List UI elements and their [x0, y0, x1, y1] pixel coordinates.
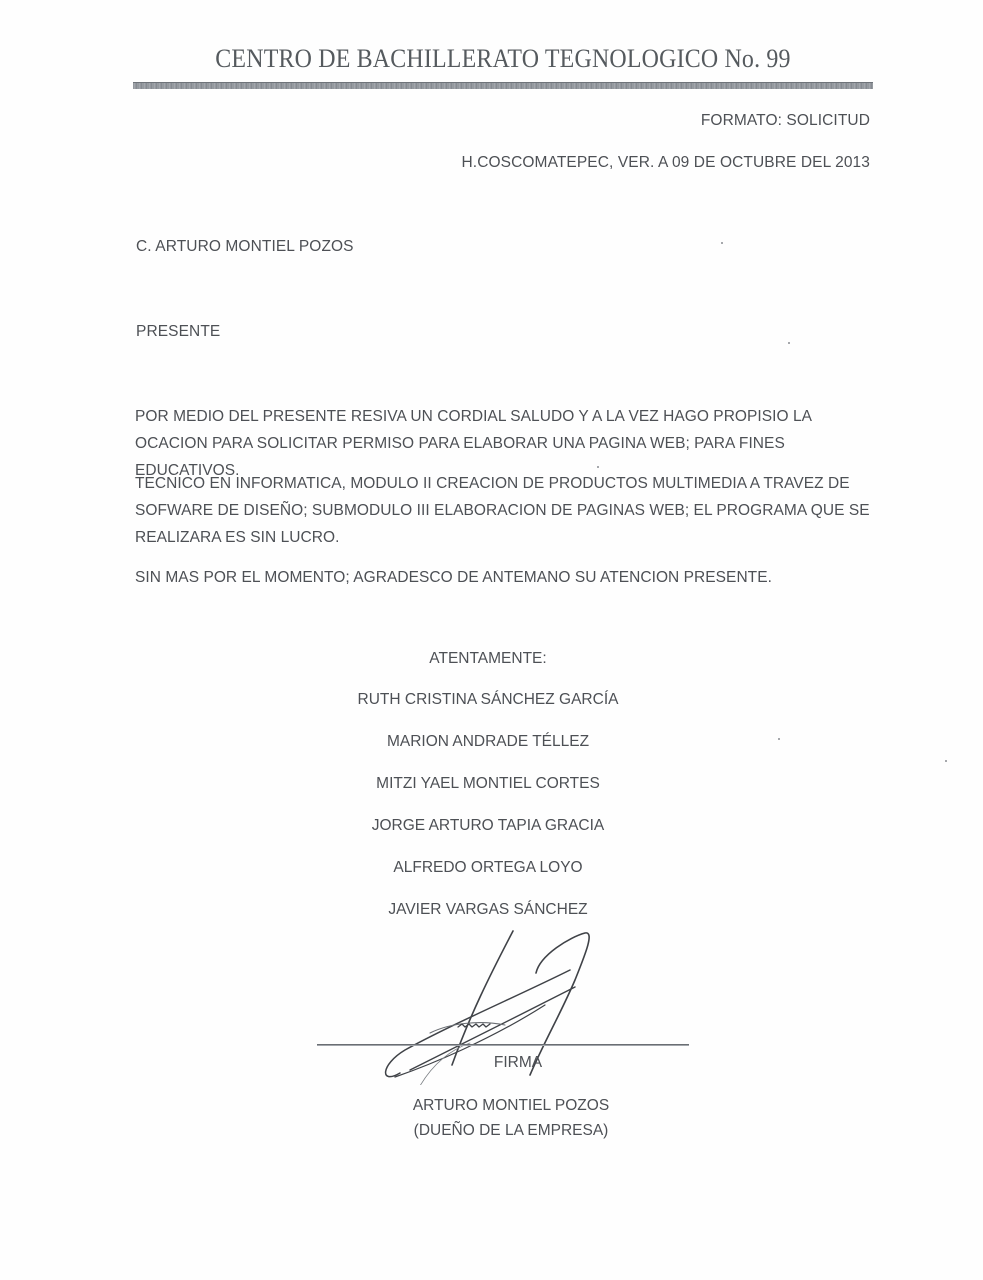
signer-name: JORGE ARTURO TAPIA GRACIA	[308, 817, 668, 835]
scan-speck	[597, 466, 599, 468]
closing-label: ATENTAMENTE:	[308, 650, 668, 668]
signer-name: RUTH CRISTINA SÁNCHEZ GARCÍA	[308, 691, 668, 709]
signature-line	[317, 1044, 689, 1046]
signer-name: JAVIER VARGAS SÁNCHEZ	[308, 901, 668, 919]
recipient-greeting: PRESENTE	[136, 323, 220, 341]
signatory-name: ARTURO MONTIEL POZOS	[331, 1097, 691, 1115]
recipient-name: C. ARTURO MONTIEL POZOS	[136, 238, 354, 256]
format-label: FORMATO: SOLICITUD	[701, 112, 870, 130]
signer-name: MITZI YAEL MONTIEL CORTES	[308, 775, 668, 793]
signature-label: FIRMA	[338, 1054, 698, 1072]
place-date: H.COSCOMATEPEC, VER. A 09 DE OCTUBRE DEL…	[462, 154, 870, 172]
signer-name: ALFREDO ORTEGA LOYO	[308, 859, 668, 877]
scan-speck	[778, 738, 780, 740]
institution-letterhead: CENTRO DE BACHILLERATO TEGNOLOGICO No. 9…	[163, 44, 844, 74]
scan-speck	[721, 242, 723, 244]
signer-name: MARION ANDRADE TÉLLEZ	[308, 733, 668, 751]
signatory-role: (DUEÑO DE LA EMPRESA)	[331, 1122, 691, 1140]
body-paragraph-2: TECNICO EN INFORMATICA, MODULO II CREACI…	[135, 470, 875, 551]
scan-speck	[788, 342, 790, 344]
scan-speck	[945, 760, 947, 762]
body-paragraph-3: SIN MAS POR EL MOMENTO; AGRADESCO DE ANT…	[135, 564, 875, 591]
scanned-letter-page: CENTRO DE BACHILLERATO TEGNOLOGICO No. 9…	[0, 0, 983, 1280]
letterhead-rule	[133, 82, 873, 89]
